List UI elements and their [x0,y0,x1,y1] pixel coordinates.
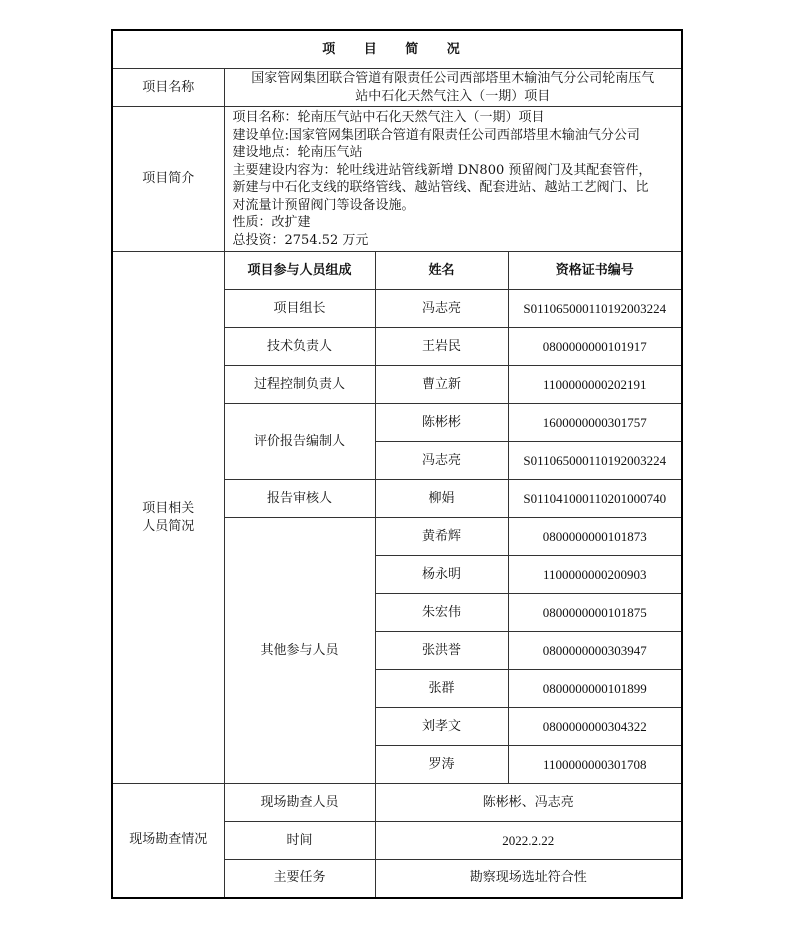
column-header-cert: 资格证书编号 [508,252,682,290]
survey-field-value: 2022.2.22 [375,822,682,860]
table-title: 项 目 简 况 [112,30,682,69]
intro-line: 性质：改扩建 [233,214,676,232]
survey-field-label: 主要任务 [224,860,375,898]
column-header-name: 姓名 [375,252,508,290]
role-cell: 项目组长 [224,290,375,328]
name-cell: 朱宏伟 [375,594,508,632]
cert-cell: 1100000000202191 [508,366,682,404]
intro-line: 新建与中石化支线的联络管线、越站管线、配套进站、越站工艺阀门、比 [233,179,676,197]
cert-cell: S011041000110201000740 [508,480,682,518]
cert-cell: S011065000110192003224 [508,442,682,480]
name-cell: 张洪誉 [375,632,508,670]
cert-cell: 0800000000101875 [508,594,682,632]
survey-field-label: 时间 [224,822,375,860]
cert-cell: S011065000110192003224 [508,290,682,328]
name-cell: 罗涛 [375,746,508,784]
project-name-line-1: 国家管网集团联合管道有限责任公司西部塔里木输油气分公司轮南压气 [225,70,682,88]
intro-line: 项目名称：轮南压气站中石化天然气注入（一期）项目 [233,109,676,127]
personnel-section-label: 项目相关 人员简况 [112,252,224,784]
cert-cell: 0800000000101873 [508,518,682,556]
name-cell: 陈彬彬 [375,404,508,442]
project-name-label: 项目名称 [112,69,224,107]
survey-field-value: 陈彬彬、冯志亮 [375,784,682,822]
personnel-label-line-2: 人员简况 [113,518,224,536]
personnel-label-line-1: 项目相关 [113,500,224,518]
name-cell: 张群 [375,670,508,708]
survey-field-value: 勘察现场选址符合性 [375,860,682,898]
role-cell: 技术负责人 [224,328,375,366]
name-cell: 刘孝文 [375,708,508,746]
project-overview-table: 项 目 简 况 项目名称 国家管网集团联合管道有限责任公司西部塔里木输油气分公司… [111,29,683,899]
intro-line: 主要建设内容为：轮吐线进站管线新增 DN800 预留阀门及其配套管件， [233,162,676,180]
role-cell: 过程控制负责人 [224,366,375,404]
survey-field-label: 现场勘查人员 [224,784,375,822]
intro-line: 建设地点：轮南压气站 [233,144,676,162]
cert-cell: 1100000000301708 [508,746,682,784]
name-cell: 黄希辉 [375,518,508,556]
site-survey-label: 现场勘查情况 [112,784,224,898]
name-cell: 冯志亮 [375,290,508,328]
intro-line: 总投资：2754.52 万元 [233,232,676,250]
name-cell: 柳娟 [375,480,508,518]
cert-cell: 1100000000200903 [508,556,682,594]
intro-line: 对流量计预留阀门等设备设施。 [233,197,676,215]
project-name-value: 国家管网集团联合管道有限责任公司西部塔里木输油气分公司轮南压气 站中石化天然气注… [224,69,682,107]
project-intro-value: 项目名称：轮南压气站中石化天然气注入（一期）项目 建设单位:国家管网集团联合管道… [224,107,682,252]
name-cell: 冯志亮 [375,442,508,480]
column-header-role: 项目参与人员组成 [224,252,375,290]
table-row: 现场勘查情况 现场勘查人员 陈彬彬、冯志亮 [112,784,682,822]
role-cell: 评价报告编制人 [224,404,375,480]
role-cell: 报告审核人 [224,480,375,518]
project-name-line-2: 站中石化天然气注入（一期）项目 [225,88,682,106]
cert-cell: 1600000000301757 [508,404,682,442]
cert-cell: 0800000000304322 [508,708,682,746]
name-cell: 曹立新 [375,366,508,404]
name-cell: 王岩民 [375,328,508,366]
project-intro-label: 项目简介 [112,107,224,252]
role-cell: 其他参与人员 [224,518,375,784]
cert-cell: 0800000000101899 [508,670,682,708]
name-cell: 杨永明 [375,556,508,594]
intro-line: 建设单位:国家管网集团联合管道有限责任公司西部塔里木输油气分公司 [233,127,676,145]
cert-cell: 0800000000101917 [508,328,682,366]
cert-cell: 0800000000303947 [508,632,682,670]
